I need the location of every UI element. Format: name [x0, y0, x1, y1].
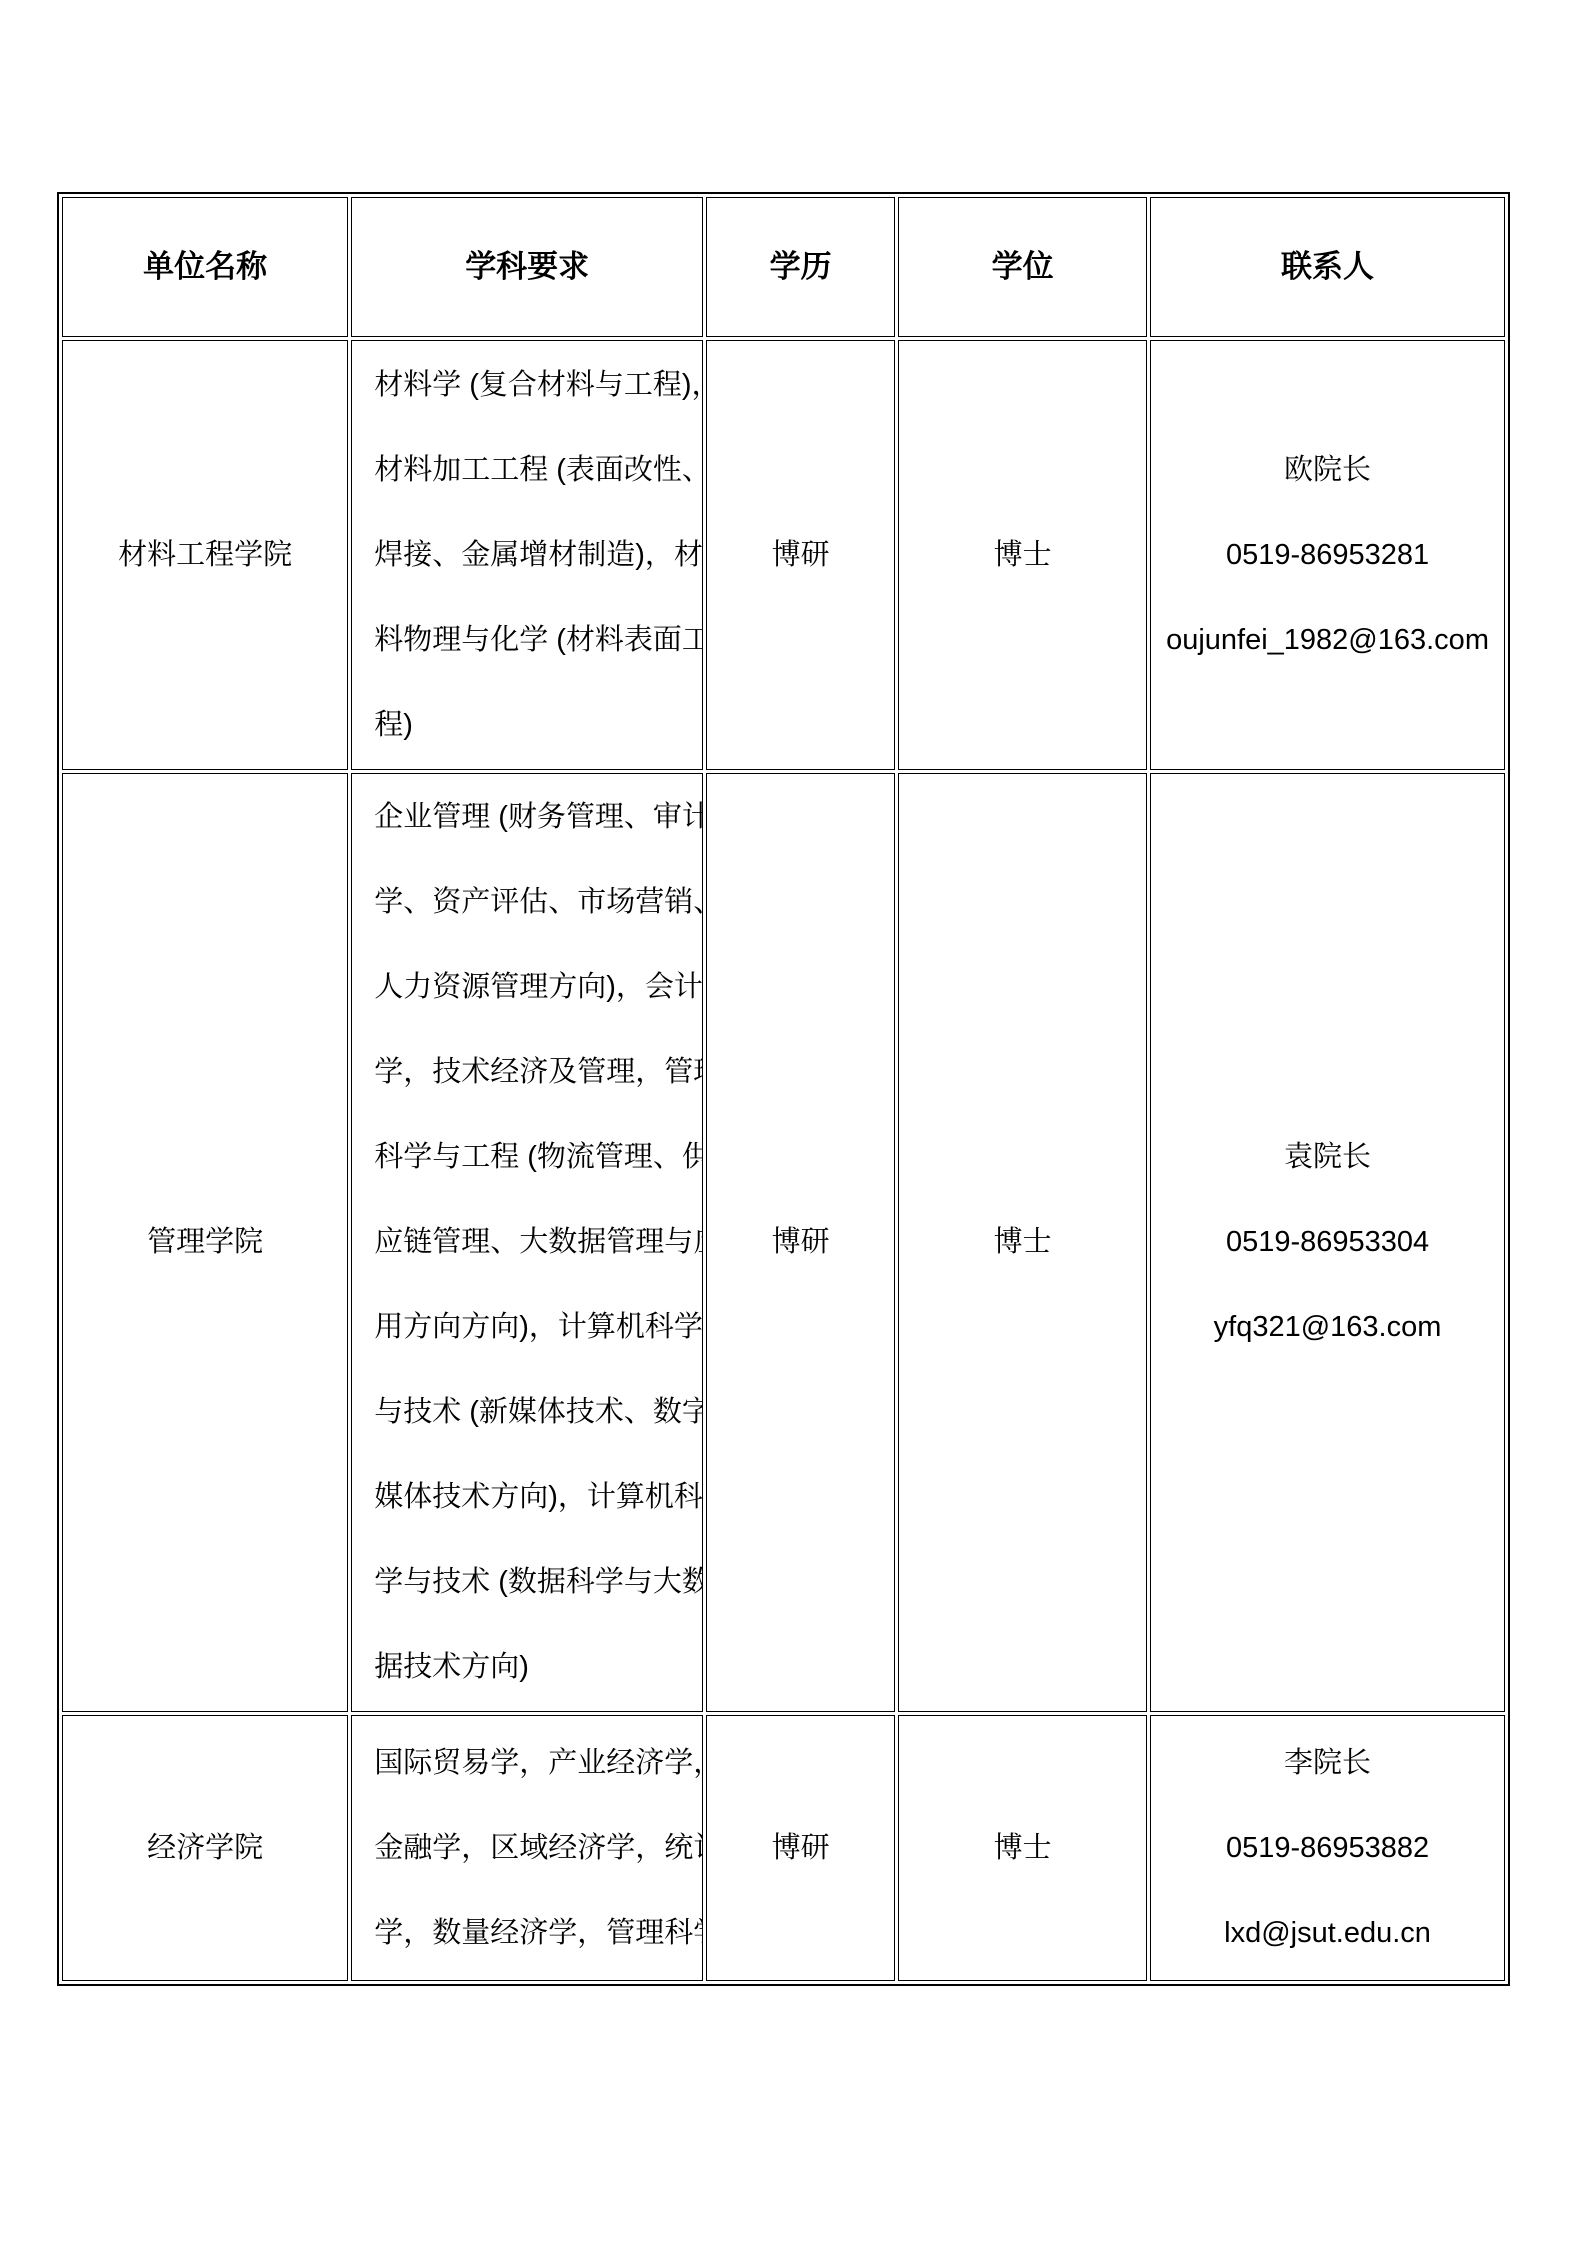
cell-education: 博研 — [706, 340, 895, 770]
table-row-management: 管理学院 企业管理 (财务管理、审计 学、资产评估、市场营销、 人力资源管理方向… — [62, 773, 1505, 1712]
cell-subject-requirements: 材料学 (复合材料与工程)， 材料加工工程 (表面改性、 焊接、金属增材制造)，… — [351, 340, 703, 770]
header-cell-unit-name: 单位名称 — [62, 197, 348, 337]
table-row-materials-engineering: 材料工程学院 材料学 (复合材料与工程)， 材料加工工程 (表面改性、 焊接、金… — [62, 340, 1505, 770]
cell-contact: 欧院长 0519-86953281 oujunfei_1982@163.com — [1150, 340, 1505, 770]
document-page: 单位名称 学科要求 学历 学位 联系人 材料工程学院 材料学 (复合材料与工程)… — [0, 0, 1587, 2245]
cell-education: 博研 — [706, 1715, 895, 1981]
header-cell-degree: 学位 — [898, 197, 1147, 337]
cell-subject-requirements: 企业管理 (财务管理、审计 学、资产评估、市场营销、 人力资源管理方向)，会计 … — [351, 773, 703, 1712]
cell-degree: 博士 — [898, 1715, 1147, 1981]
table-row-economics: 经济学院 国际贸易学，产业经济学， 金融学，区域经济学，统计 学，数量经济学，管… — [62, 1715, 1505, 1981]
header-cell-education: 学历 — [706, 197, 895, 337]
header-cell-subject-requirements: 学科要求 — [351, 197, 703, 337]
cell-unit-name: 材料工程学院 — [62, 340, 348, 770]
cell-degree: 博士 — [898, 773, 1147, 1712]
cell-subject-requirements: 国际贸易学，产业经济学， 金融学，区域经济学，统计 学，数量经济学，管理科学 — [351, 1715, 703, 1981]
recruitment-table: 单位名称 学科要求 学历 学位 联系人 材料工程学院 材料学 (复合材料与工程)… — [57, 192, 1510, 1986]
cell-contact: 李院长 0519-86953882 lxd@jsut.edu.cn — [1150, 1715, 1505, 1981]
cell-unit-name: 管理学院 — [62, 773, 348, 1712]
header-cell-contact: 联系人 — [1150, 197, 1505, 337]
table-header-row: 单位名称 学科要求 学历 学位 联系人 — [62, 197, 1505, 337]
cell-education: 博研 — [706, 773, 895, 1712]
cell-degree: 博士 — [898, 340, 1147, 770]
cell-contact: 袁院长 0519-86953304 yfq321@163.com — [1150, 773, 1505, 1712]
cell-unit-name: 经济学院 — [62, 1715, 348, 1981]
